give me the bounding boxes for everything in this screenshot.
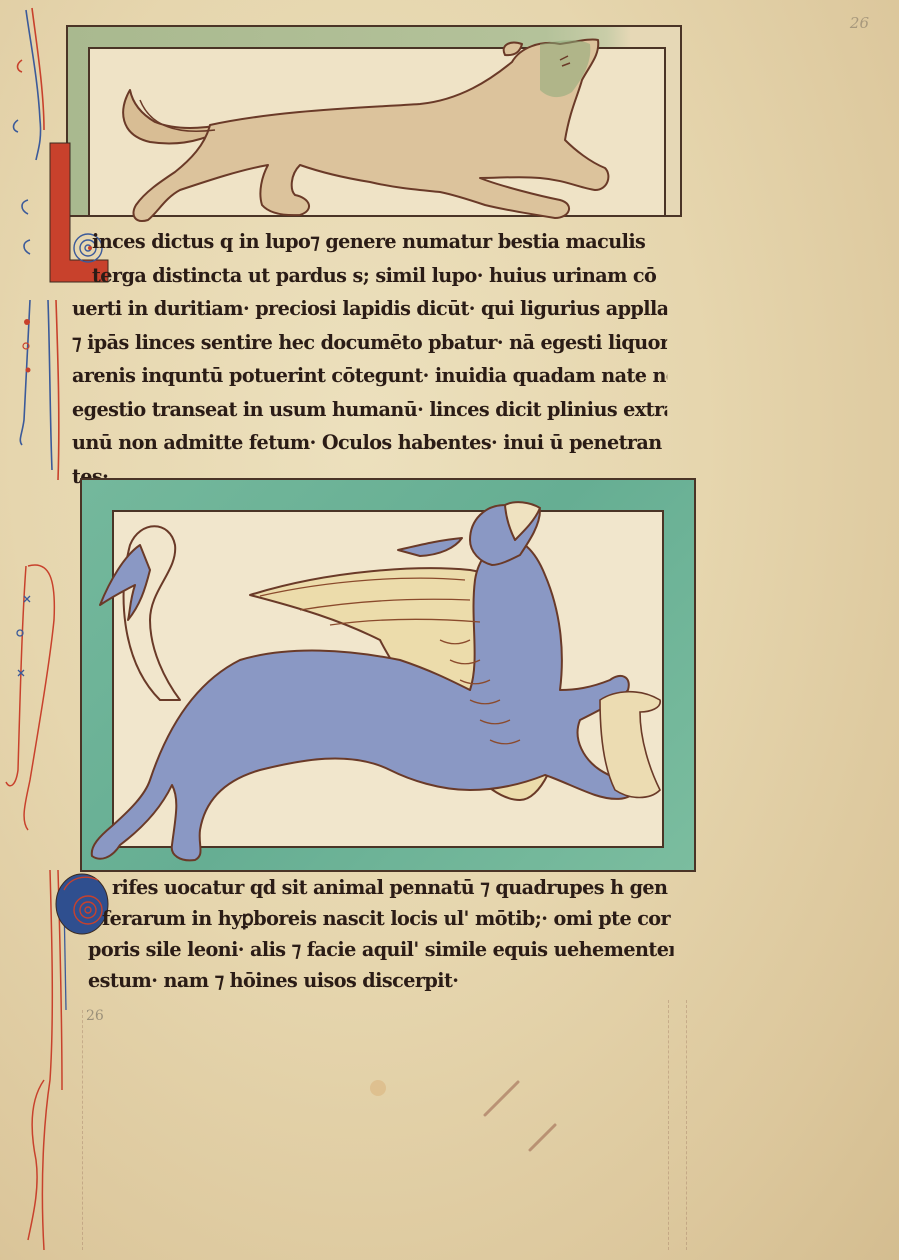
parchment-stains	[0, 0, 899, 1260]
manuscript-page: 26	[0, 0, 899, 1260]
